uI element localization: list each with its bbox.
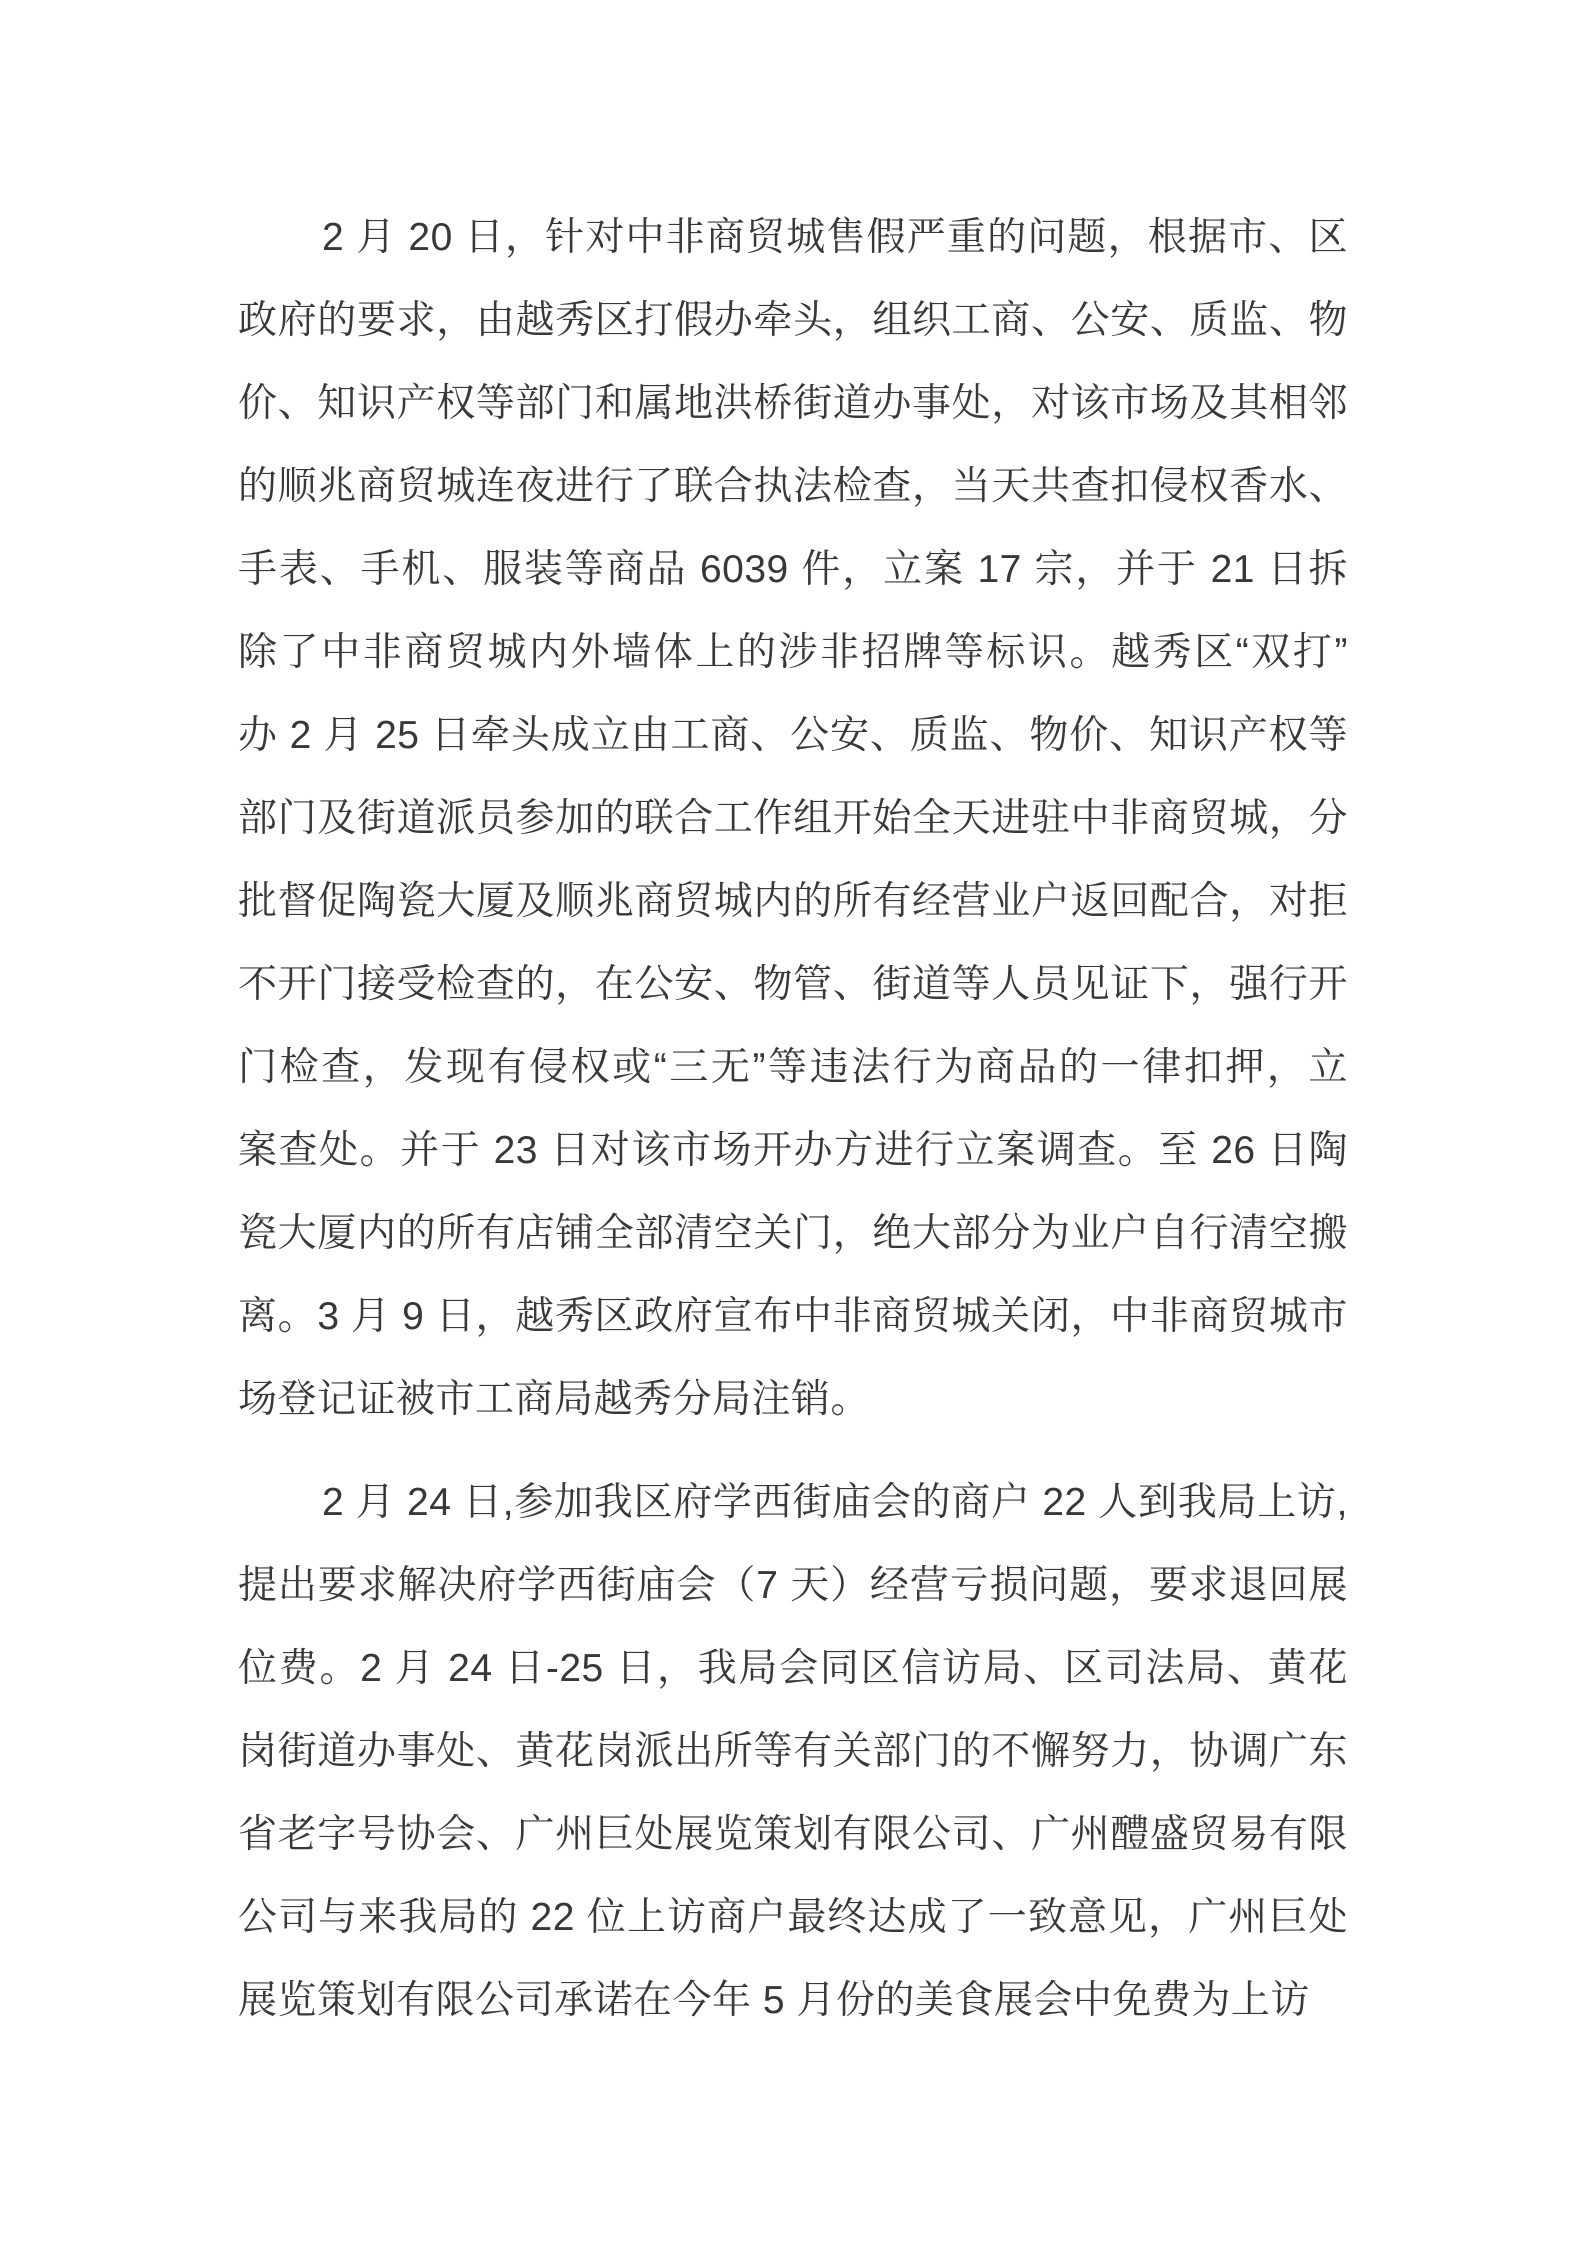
document-page: 2 月 20 日，针对中非商贸城售假严重的问题，根据市、区 政府的要求，由越秀区…: [0, 0, 1587, 2245]
paragraph-enforcement-action: 2 月 20 日，针对中非商贸城售假严重的问题，根据市、区 政府的要求，由越秀区…: [238, 196, 1348, 1441]
text-line: 公司与来我局的 22 位上访商户最终达成了一致意见，广州巨处: [238, 1876, 1348, 1959]
text-line: 案查处。并于 23 日对该市场开办方进行立案调查。至 26 日陶: [238, 1109, 1348, 1192]
text-line: 部门及街道派员参加的联合工作组开始全天进驻中非商贸城，分: [238, 777, 1348, 860]
text-line: 不开门接受检查的，在公安、物管、街道等人员见证下，强行开: [238, 943, 1348, 1026]
text-line: 2 月 24 日,参加我区府学西街庙会的商户 22 人到我局上访,: [238, 1461, 1348, 1544]
text-line: 提出要求解决府学西街庙会（7 天）经营亏损问题，要求退回展: [238, 1544, 1348, 1627]
text-line: 瓷大厦内的所有店铺全部清空关门，绝大部分为业户自行清空搬: [238, 1192, 1348, 1275]
text-line: 门检查，发现有侵权或“三无”等违法行为商品的一律扣押，立: [238, 1026, 1348, 1109]
text-line: 政府的要求，由越秀区打假办牵头，组织工商、公安、质监、物: [238, 279, 1348, 362]
text-line: 位费。2 月 24 日-25 日，我局会同区信访局、区司法局、黄花: [238, 1627, 1348, 1710]
text-line: 办 2 月 25 日牵头成立由工商、公安、质监、物价、知识产权等: [238, 694, 1348, 777]
paragraph-temple-fair-petition: 2 月 24 日,参加我区府学西街庙会的商户 22 人到我局上访, 提出要求解决…: [238, 1461, 1348, 2042]
text-line: 场登记证被市工商局越秀分局注销。: [238, 1358, 1348, 1441]
text-line: 展览策划有限公司承诺在今年 5 月份的美食展会中免费为上访: [238, 1959, 1348, 2042]
text-line: 省老字号协会、广州巨处展览策划有限公司、广州醴盛贸易有限: [238, 1793, 1348, 1876]
text-line: 价、知识产权等部门和属地洪桥街道办事处，对该市场及其相邻: [238, 362, 1348, 445]
text-line: 离。3 月 9 日，越秀区政府宣布中非商贸城关闭，中非商贸城市: [238, 1275, 1348, 1358]
text-line: 手表、手机、服装等商品 6039 件，立案 17 宗，并于 21 日拆: [238, 528, 1348, 611]
text-line: 的顺兆商贸城连夜进行了联合执法检查，当天共查扣侵权香水、: [238, 445, 1348, 528]
text-line: 2 月 20 日，针对中非商贸城售假严重的问题，根据市、区: [238, 196, 1348, 279]
text-line: 批督促陶瓷大厦及顺兆商贸城内的所有经营业户返回配合，对拒: [238, 860, 1348, 943]
document-body-text: 2 月 20 日，针对中非商贸城售假严重的问题，根据市、区 政府的要求，由越秀区…: [238, 196, 1348, 2042]
text-line: 岗街道办事处、黄花岗派出所等有关部门的不懈努力，协调广东: [238, 1710, 1348, 1793]
text-line: 除了中非商贸城内外墙体上的涉非招牌等标识。越秀区“双打”: [238, 611, 1348, 694]
